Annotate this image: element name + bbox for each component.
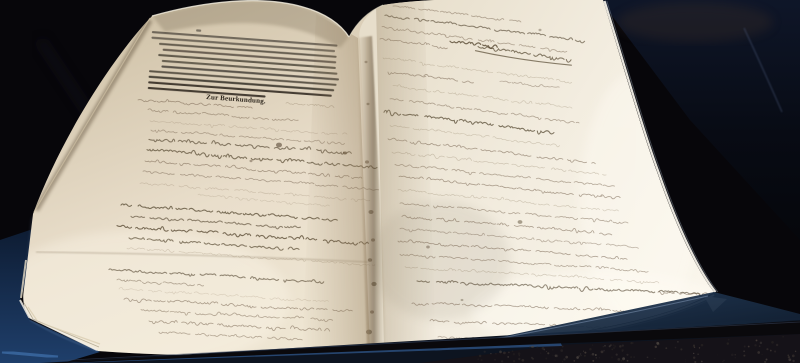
floor-speckle-dot (507, 356, 509, 358)
floor-speckle-dot (617, 358, 620, 361)
ink-blot (276, 143, 282, 148)
ink-blot (539, 29, 542, 31)
floor-speckle-dot (603, 346, 604, 347)
floor-speckle-dot (776, 344, 778, 346)
floor-speckle-dot (518, 358, 520, 360)
floor-speckle-dot (540, 353, 541, 354)
floor-speckle-dot (614, 345, 616, 347)
floor-speckle-dot (795, 351, 796, 352)
floor-speckle-dot (728, 339, 730, 341)
floor-speckle-dot (685, 359, 686, 360)
floor-speckle-dot (621, 360, 622, 361)
floor-speckle-dot (503, 352, 506, 355)
floor-speckle-dot (552, 349, 554, 351)
floor-speckle-dot (630, 356, 632, 358)
floor-speckle-dot (546, 351, 547, 352)
floor-speckle-dot (665, 347, 667, 349)
floor-speckle-dot (513, 353, 515, 355)
floor-speckle-dot (792, 360, 794, 362)
floor-speckle-dot (694, 347, 695, 348)
floor-speckle-dot (590, 354, 591, 355)
floor-speckle-dot (592, 353, 595, 356)
floor-speckle-dot (759, 345, 761, 347)
floor-speckle-dot (580, 353, 581, 354)
floor-speckle-dot (599, 357, 600, 358)
floor-speckle-dot (518, 352, 521, 355)
floor-speckle-dot (499, 351, 502, 354)
floor-speckle-dot (596, 357, 597, 358)
floor-speckle-dot (595, 354, 597, 356)
floor-speckle-dot (580, 355, 581, 356)
floor-speckle-dot (583, 351, 584, 352)
floor-speckle-dot (757, 351, 760, 354)
floor-speckle-dot (788, 358, 791, 361)
floor-speckle-dot (788, 356, 790, 358)
floor-speckle-dot (621, 349, 623, 351)
floor-speckle-dot (592, 344, 593, 345)
floor-speckle-dot (699, 347, 700, 348)
floor-speckle-dot (555, 355, 558, 358)
museum-display-photo: Zur Beurkundung. (0, 0, 800, 363)
floor-speckle-dot (562, 346, 564, 348)
floor-speckle-dot (701, 344, 704, 347)
floor-speckle-dot (655, 346, 657, 348)
floor-speckle-dot (531, 346, 533, 348)
floor-speckle-dot (532, 358, 534, 360)
ink-blot (518, 220, 523, 224)
floor-speckle-dot (563, 358, 565, 360)
floor-speckle-dot (792, 355, 795, 358)
floor-speckle-dot (787, 354, 789, 356)
floor-speckle-dot (717, 354, 718, 355)
floor-speckle-dot (573, 360, 575, 362)
floor-speckle-dot (592, 360, 594, 362)
floor-speckle-dot (513, 360, 515, 362)
floor-speckle-dot (536, 346, 538, 348)
floor-speckle-dot (479, 355, 482, 358)
floor-speckle-dot (701, 361, 703, 363)
floor-speckle-dot (619, 345, 622, 348)
floor-speckle-dot (744, 346, 746, 348)
floor-speckle-dot (697, 353, 698, 354)
floor-speckle-dot (481, 359, 483, 361)
floor-speckle-dot (735, 354, 736, 355)
floor-speckle-dot (647, 356, 649, 358)
floor-speckle-dot (609, 345, 611, 347)
floor-speckle-dot (490, 353, 491, 354)
floor-speckle-dot (477, 358, 479, 360)
floor-speckle-dot (613, 347, 615, 349)
floor-speckle-dot (501, 360, 503, 362)
floor-speckle-dot (677, 341, 679, 343)
floor-speckle-dot (693, 356, 695, 358)
floor-speckle-dot (693, 353, 694, 354)
floor-speckle-dot (743, 351, 744, 352)
floor-speckle-dot (770, 350, 772, 352)
floor-speckle-dot (522, 359, 525, 362)
floor-speckle-dot (722, 361, 723, 362)
floor-speckle-dot (519, 355, 520, 356)
floor-speckle-dot (622, 344, 624, 346)
floor-speckle-dot (748, 346, 750, 348)
floor-speckle-dot (627, 360, 629, 362)
floor-speckle-dot (654, 358, 655, 359)
floor-speckle-dot (622, 358, 624, 360)
floor-speckle-dot (560, 349, 563, 352)
floor-speckle-dot (578, 355, 580, 357)
floor-speckle-dot (723, 360, 724, 361)
floor-speckle-dot (766, 359, 768, 361)
floor-speckle-dot (774, 350, 776, 352)
floor-speckle-dot (626, 354, 628, 356)
floor-speckle-dot (584, 352, 586, 354)
ink-blot (250, 160, 253, 162)
floor-speckle-dot (584, 355, 586, 357)
floor-speckle-dot (616, 354, 618, 356)
floor-speckle-dot (601, 351, 604, 354)
floor-speckle-dot (771, 341, 774, 344)
page-number-mark (196, 29, 201, 32)
floor-speckle-dot (603, 350, 605, 352)
floor-speckle-dot (554, 359, 555, 360)
floor-speckle-dot (762, 354, 763, 355)
floor-speckle-dot (495, 353, 496, 354)
floor-speckle-dot (484, 351, 486, 353)
floor-speckle-dot (494, 359, 495, 360)
floor-speckle-dot (675, 347, 677, 349)
floor-speckle-dot (552, 354, 554, 356)
floor-speckle-dot (562, 361, 563, 362)
ink-blot (461, 299, 464, 301)
floor-speckle-dot (766, 348, 768, 350)
floor-speckle-dot (529, 346, 531, 348)
floor-speckle-dot (542, 347, 545, 350)
photo-canvas: Zur Beurkundung. (0, 0, 800, 363)
floor-speckle-dot (680, 348, 682, 350)
floor-speckle-dot (727, 342, 729, 344)
floor-speckle-dot (545, 358, 547, 360)
floor-speckle-dot (589, 348, 592, 351)
floor-speckle-dot (656, 342, 659, 345)
floor-speckle-dot (565, 356, 568, 359)
floor-speckle-dot (547, 352, 549, 354)
warm-reflection-smudge (617, 2, 773, 42)
floor-speckle-dot (685, 361, 686, 362)
floor-speckle-dot (630, 342, 632, 344)
floor-speckle-dot (735, 357, 736, 358)
floor-speckle-dot (760, 342, 762, 344)
floor-speckle-dot (754, 344, 756, 346)
floor-speckle-dot (508, 352, 510, 354)
floor-speckle-dot (611, 356, 613, 358)
floor-speckle-dot (743, 355, 745, 357)
floor-speckle-dot (604, 345, 605, 346)
floor-speckle-dot (756, 339, 758, 341)
floor-speckle-dot (731, 354, 734, 357)
floor-speckle-dot (782, 336, 783, 337)
floor-speckle-dot (512, 350, 514, 352)
floor-speckle-dot (634, 357, 635, 358)
floor-speckle-dot (611, 349, 613, 351)
